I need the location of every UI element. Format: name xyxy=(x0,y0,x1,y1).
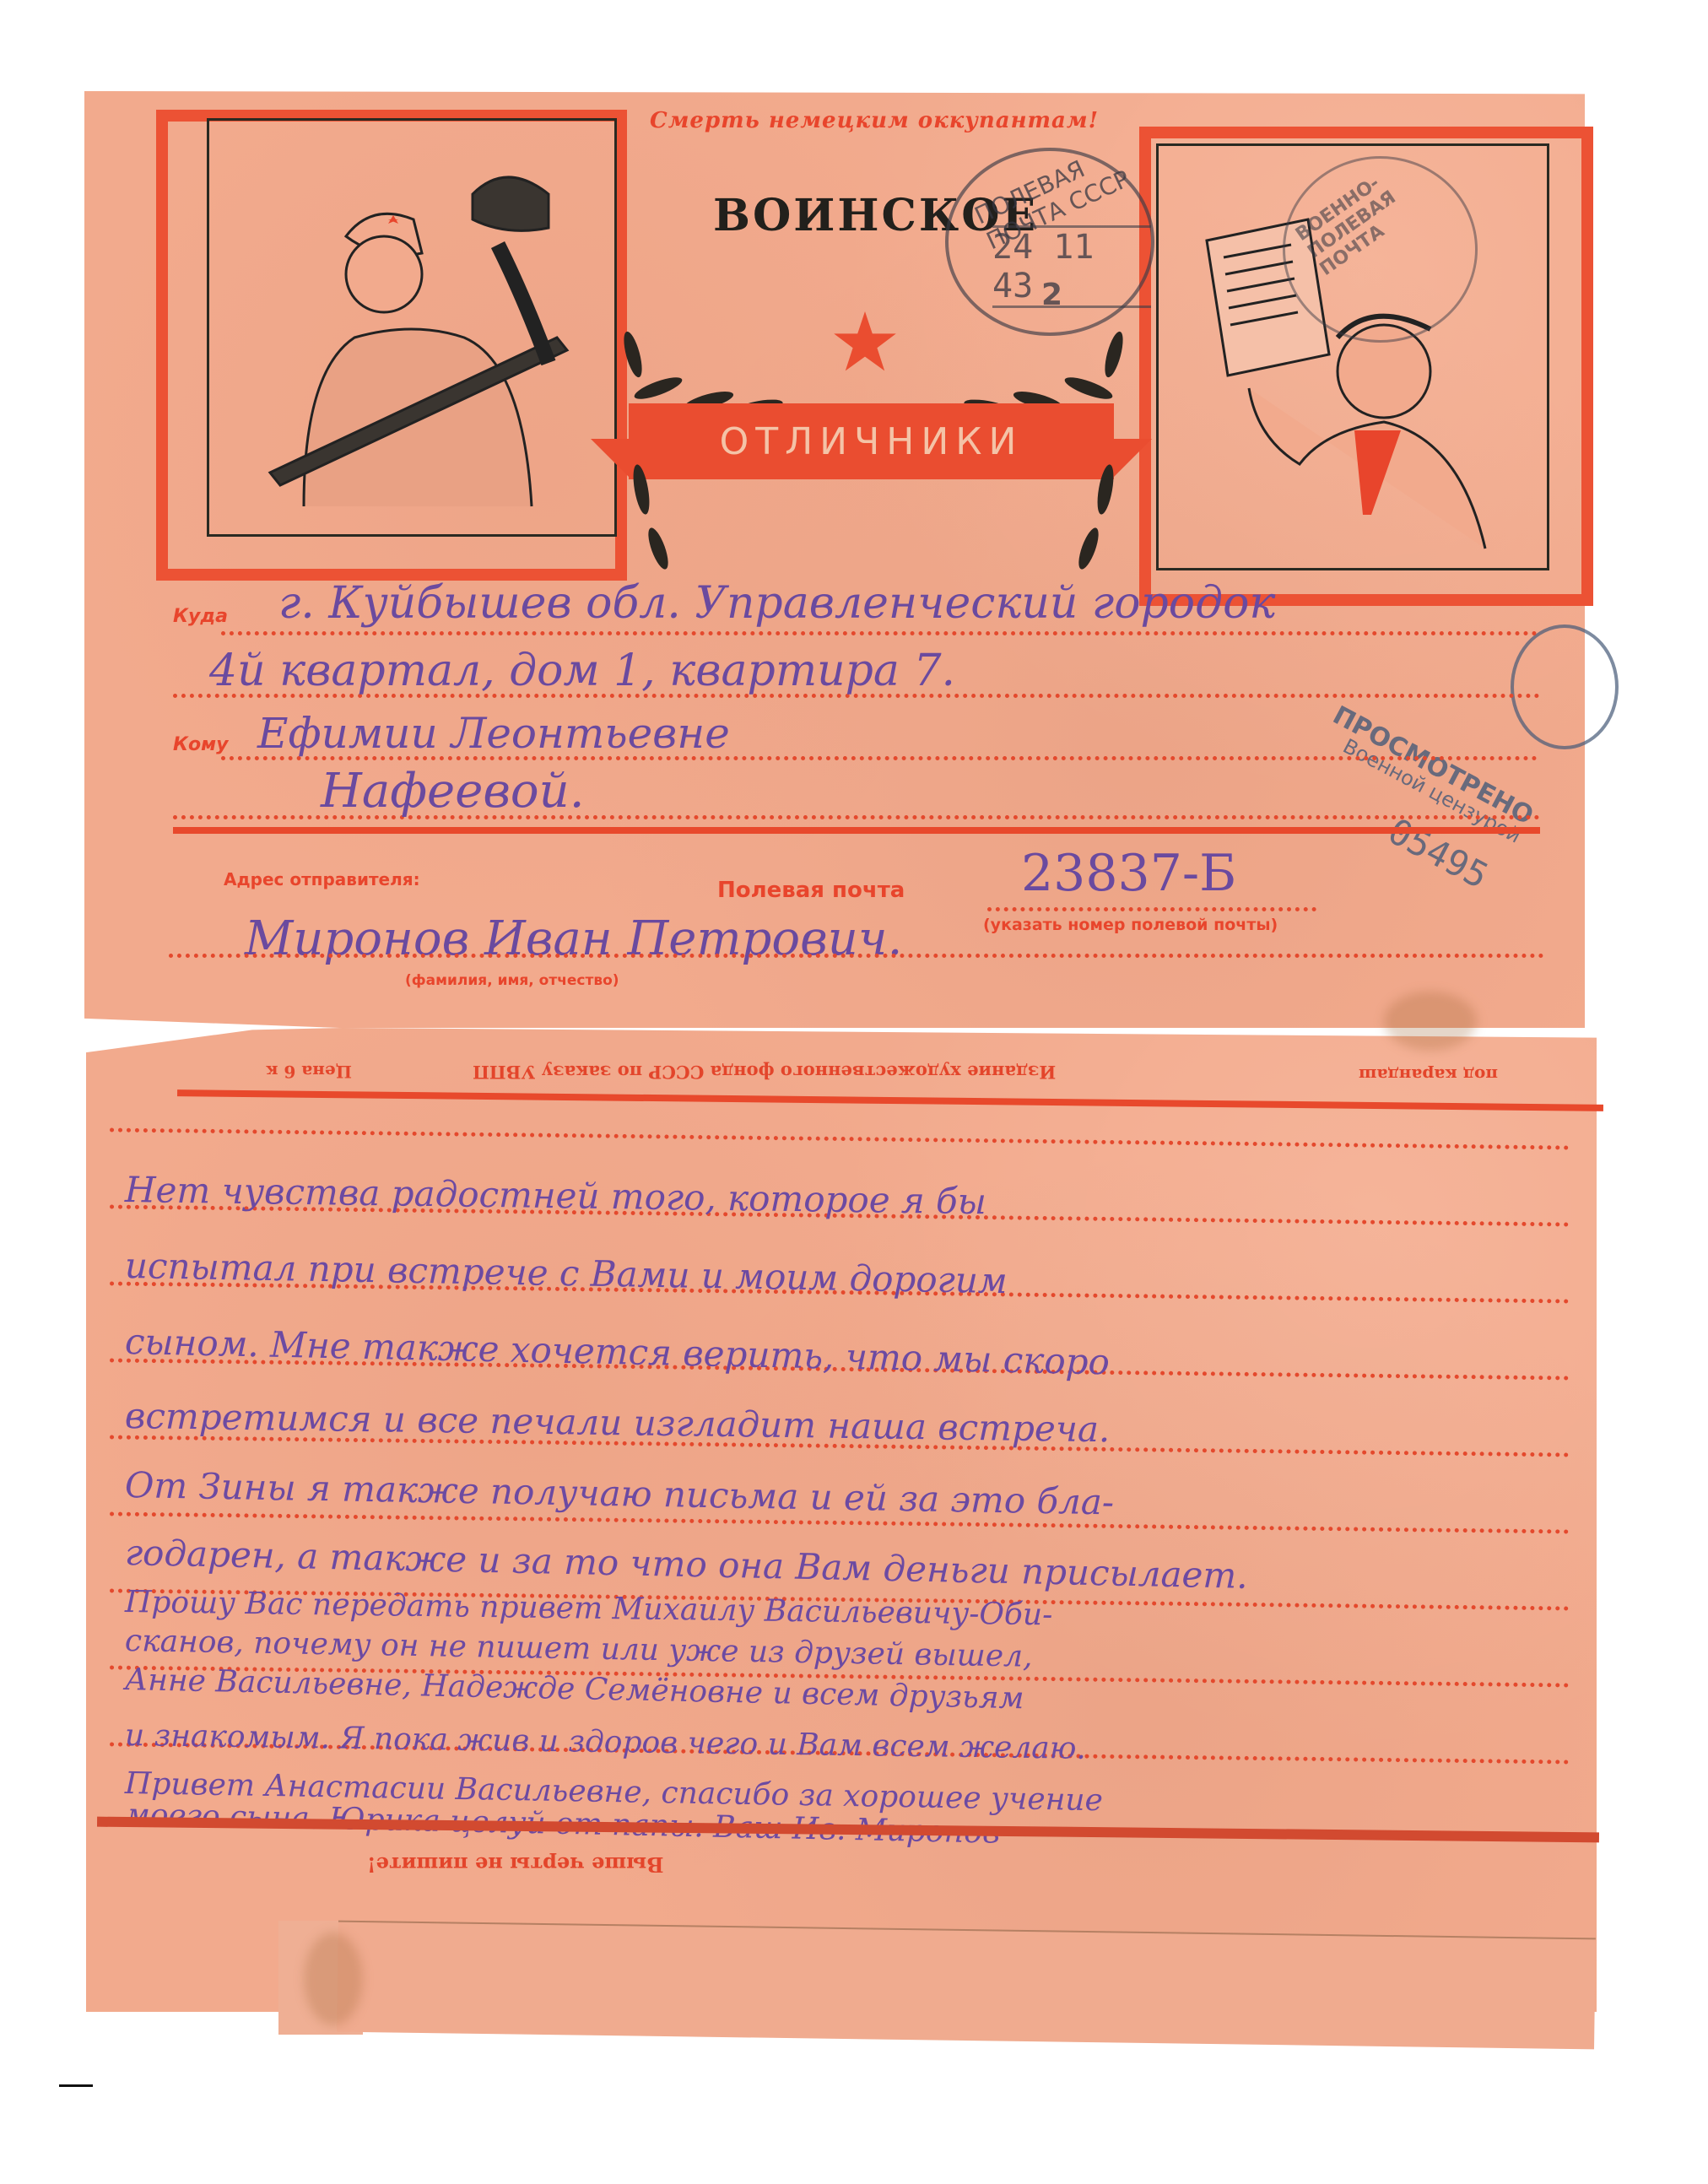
address-line-1: г. Куйбышев обл. Управленческий городок xyxy=(278,578,1275,629)
recipient-name: Ефимии Леонтьевне xyxy=(257,709,730,758)
sender-name: Миронов Иван Петрович. xyxy=(245,911,902,966)
to-label: Куда xyxy=(173,606,228,627)
address-line-2: 4й квартал, дом 1, квартира 7. xyxy=(209,646,955,696)
price-imprint: Цена 6 к xyxy=(266,1062,352,1082)
stain xyxy=(304,1933,363,2025)
sender-label: Адрес отправителя: xyxy=(224,869,420,889)
field-post-hint: (указать номер полевой почты) xyxy=(983,916,1278,934)
field-post-number: 23837-Б xyxy=(1021,844,1236,903)
sender-name-hint: (фамилия, имя, отчество) xyxy=(405,972,619,989)
laurel-stems-icon xyxy=(608,456,1139,591)
censor-round-stamp xyxy=(1511,624,1619,749)
field-post-label: Полевая почта xyxy=(717,878,905,903)
stain xyxy=(1384,992,1477,1051)
scan-mark xyxy=(59,2084,93,2087)
do-not-write-warning: Выше черты не пишите! xyxy=(367,1852,664,1877)
postmark-military: ВОЕННО-ПОЛЕВАЯ ПОЧТА xyxy=(1283,156,1478,343)
publisher-imprint: Издание художественного фонда СССР по за… xyxy=(473,1062,1056,1083)
postmark-date: 24 11 43 xyxy=(992,225,1151,308)
soldier-illustration-icon xyxy=(219,143,608,523)
postmark-field-post: ПОЛЕВАЯ ПОЧТА СССР 24 11 43 2 xyxy=(945,148,1154,336)
recipient-surname: Нафеевой. xyxy=(321,764,585,819)
ruled-line xyxy=(987,907,1316,911)
postmark-number: 2 xyxy=(1041,278,1062,312)
whom-label: Кому xyxy=(173,734,228,755)
slogan: Смерть немецким оккупантам! xyxy=(650,108,1099,133)
ruled-line xyxy=(221,631,1538,635)
folded-flap xyxy=(337,1921,1596,2050)
ruled-line xyxy=(169,954,1544,958)
divider-line xyxy=(173,827,1540,834)
pencil-imprint: под карандаш xyxy=(1359,1065,1498,1085)
